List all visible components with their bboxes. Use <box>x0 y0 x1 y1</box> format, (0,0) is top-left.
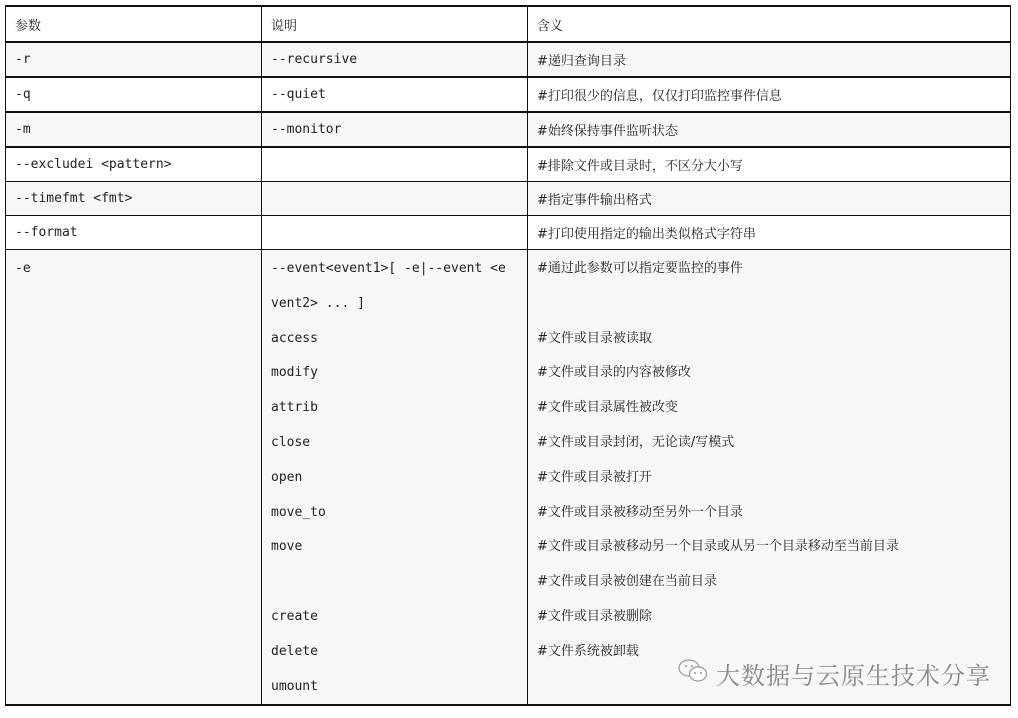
table-header-row: 参数 说明 含义 <box>6 6 1011 42</box>
event-meaning-line: #文件或目录的内容被修改 <box>537 356 1010 391</box>
event-meaning-line: #文件或目录封闭，无论读/写模式 <box>537 426 1010 461</box>
watermark: 大数据与云原生技术分享 <box>678 656 991 691</box>
event-meaning-line: #文件或目录被打开 <box>537 461 1010 496</box>
param-cell: -r <box>6 42 262 77</box>
param-cell: -e <box>6 250 262 706</box>
meaning-cell: #指定事件输出格式 <box>528 182 1011 216</box>
event-meaning-line: #文件或目录被读取 <box>537 322 1010 357</box>
header-meaning: 含义 <box>528 6 1011 42</box>
event-move-to: move_to <box>271 496 527 531</box>
event-meaning-line: #文件或目录被移动至另外一个目录 <box>537 496 1010 531</box>
event-access: access <box>271 322 527 357</box>
table-row: -r --recursive #递归查询目录 <box>6 42 1011 77</box>
option-cell <box>262 216 528 250</box>
event-row: -e --event<event1>[ -e|--event <e vent2>… <box>6 250 1011 706</box>
wechat-icon <box>678 658 716 690</box>
option-cell: --monitor <box>262 112 528 147</box>
header-description: 说明 <box>262 6 528 42</box>
param-cell: -m <box>6 112 262 147</box>
param-cell: --format <box>6 216 262 250</box>
param-cell: -q <box>6 77 262 112</box>
meaning-cell: #打印使用指定的输出类似格式字符串 <box>528 216 1011 250</box>
option-cell: --recursive <box>262 42 528 77</box>
table-row: -m --monitor #始终保持事件监听状态 <box>6 112 1011 147</box>
option-cell <box>262 147 528 182</box>
event-options-cell: --event<event1>[ -e|--event <e vent2> ..… <box>262 250 528 706</box>
param-e: -e <box>15 252 261 287</box>
event-meaning-line: #文件或目录被移动另一个目录或从另一个目录移动至当前目录 <box>537 530 1010 565</box>
event-delete: delete <box>271 635 527 670</box>
event-meaning-line: #通过此参数可以指定要监控的事件 <box>537 252 1010 287</box>
event-move: move <box>271 530 527 565</box>
param-cell: --timefmt <fmt> <box>6 182 262 216</box>
event-modify: modify <box>271 356 527 391</box>
table-row: --excludei <pattern> #排除文件或目录时，不区分大小写 <box>6 147 1011 182</box>
event-umount: umount <box>271 670 527 705</box>
meaning-cell: #排除文件或目录时，不区分大小写 <box>528 147 1011 182</box>
event-meaning-line: #文件或目录属性被改变 <box>537 391 1010 426</box>
option-cell: --quiet <box>262 77 528 112</box>
inotifywait-params-table: 参数 说明 含义 -r --recursive #递归查询目录 -q --qui… <box>5 5 1011 706</box>
event-blank <box>271 565 527 600</box>
event-meaning-line: #文件或目录被创建在当前目录 <box>537 565 1010 600</box>
option-cell <box>262 182 528 216</box>
param-cell: --excludei <pattern> <box>6 147 262 182</box>
event-meanings-cell: #通过此参数可以指定要监控的事件 #文件或目录被读取 #文件或目录的内容被修改 … <box>528 250 1011 706</box>
event-attrib: attrib <box>271 391 527 426</box>
table-row: --format #打印使用指定的输出类似格式字符串 <box>6 216 1011 250</box>
event-option-line: --event<event1>[ -e|--event <e <box>271 252 527 287</box>
event-create: create <box>271 600 527 635</box>
meaning-cell: #递归查询目录 <box>528 42 1011 77</box>
event-meaning-line: #文件或目录被删除 <box>537 600 1010 635</box>
watermark-text: 大数据与云原生技术分享 <box>716 656 991 691</box>
event-open: open <box>271 461 527 496</box>
table-row: -q --quiet #打印很少的信息，仅仅打印监控事件信息 <box>6 77 1011 112</box>
event-meaning-line <box>537 287 1010 322</box>
meaning-cell: #始终保持事件监听状态 <box>528 112 1011 147</box>
event-option-line: vent2> ... ] <box>271 287 527 322</box>
event-close: close <box>271 426 527 461</box>
header-param: 参数 <box>6 6 262 42</box>
table-row: --timefmt <fmt> #指定事件输出格式 <box>6 182 1011 216</box>
meaning-cell: #打印很少的信息，仅仅打印监控事件信息 <box>528 77 1011 112</box>
